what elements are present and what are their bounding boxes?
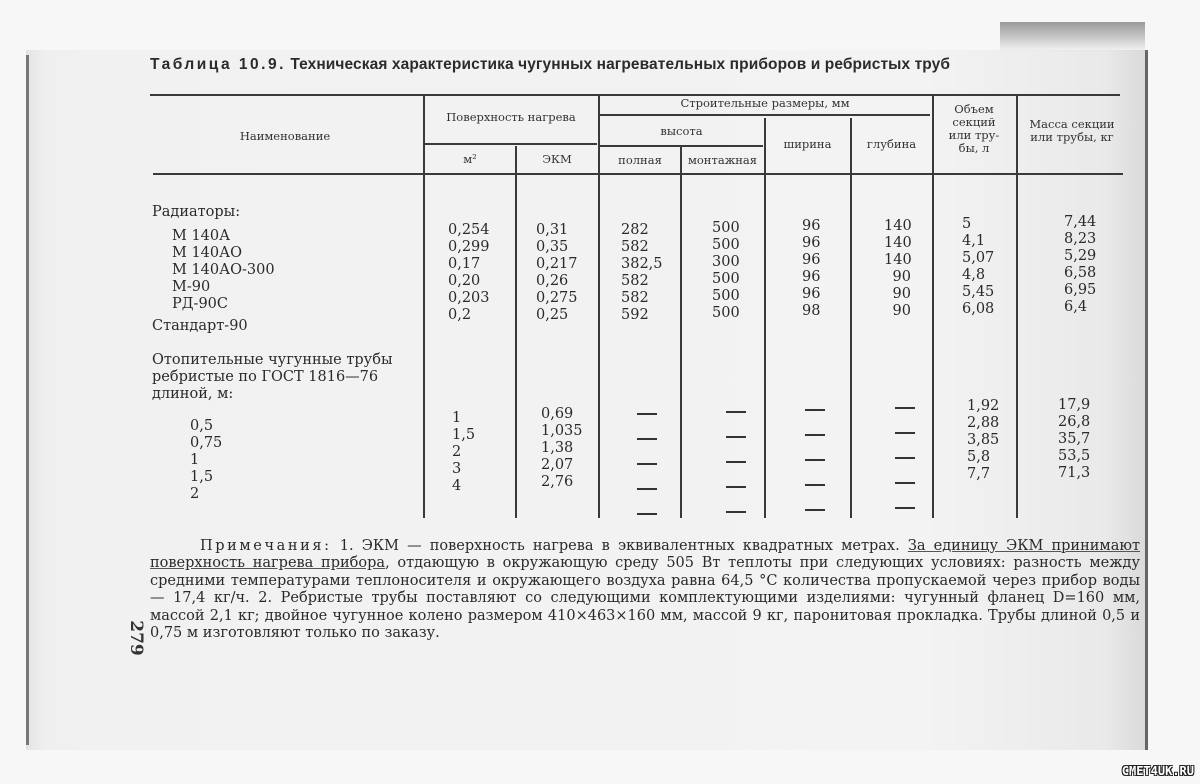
column-height-mount: 500 500 300 500 500 500 (712, 220, 740, 322)
dash-empty-value (637, 438, 657, 440)
cell-mass: 35,7 (1058, 431, 1090, 448)
row-name: М 140АО (172, 245, 275, 262)
cell-m2: 2 (452, 444, 475, 461)
cell-height-full: 582 (621, 239, 663, 256)
dash-empty-value (895, 507, 915, 509)
column-mass: 17,9 26,8 35,7 53,5 71,3 (1058, 397, 1090, 482)
cell-volume: 2,88 (967, 415, 999, 432)
cell-volume: 7,7 (967, 466, 999, 483)
dash-empty-value (726, 411, 746, 413)
dash-empty-value (805, 409, 825, 411)
dash-empty-value (805, 434, 825, 436)
column-width: 96 96 96 96 96 98 (802, 218, 820, 320)
dash-empty-value (895, 432, 915, 434)
cell-height-full: 582 (621, 273, 663, 290)
dash-empty-value (637, 488, 657, 490)
cell-mass: 7,44 (1064, 214, 1096, 231)
cell-ekm: 0,69 (541, 406, 583, 423)
cell-mass: 8,23 (1064, 231, 1096, 248)
dash-empty-value (805, 484, 825, 486)
scan-shadow (1000, 22, 1145, 52)
row-name: М 140А (172, 228, 275, 245)
cell-ekm: 0,275 (536, 290, 578, 307)
page-edge (26, 55, 29, 745)
cell-ekm: 2,07 (541, 457, 583, 474)
col-divider (680, 146, 682, 518)
column-m2: 1 1,5 2 3 4 (452, 410, 475, 495)
cell-volume: 5,45 (962, 284, 994, 301)
column-ekm: 0,69 1,035 1,38 2,07 2,76 (541, 406, 583, 491)
header-volume: Объем секций или тру-бы, л (943, 103, 1005, 155)
cell-mass: 5,29 (1064, 248, 1096, 265)
notes-label: Примечания: (200, 538, 332, 554)
col-divider (932, 95, 934, 518)
cell-width: 96 (802, 252, 820, 269)
cell-width: 96 (802, 286, 820, 303)
cell-mass: 6,58 (1064, 265, 1096, 282)
header-height-full: полная (600, 154, 680, 167)
cell-depth: 90 (884, 269, 911, 286)
cell-depth: 140 (884, 218, 911, 235)
page-number: 279 (126, 620, 146, 656)
group-title-line: ребристые по ГОСТ 1816—76 (152, 369, 417, 386)
dash-empty-value (805, 509, 825, 511)
cell-volume: 1,92 (967, 398, 999, 415)
cell-ekm: 0,25 (536, 307, 578, 324)
cell-volume: 5,07 (962, 250, 994, 267)
cell-m2: 1 (452, 410, 475, 427)
cell-ekm: 2,76 (541, 474, 583, 491)
col-divider (1016, 95, 1018, 518)
cell-height-mount: 500 (712, 288, 740, 305)
cell-m2: 0,17 (448, 256, 490, 273)
row-name: 1 (190, 452, 222, 469)
header-mass: Масса секции или трубы, кг (1018, 118, 1126, 144)
column-volume: 5 4,1 5,07 4,8 5,45 6,08 (962, 216, 994, 318)
column-name: 0,5 0,75 1 1,5 2 (190, 418, 222, 503)
group-title-radiators: Радиаторы: (152, 204, 240, 221)
dash-empty-value (895, 407, 915, 409)
cell-volume: 4,1 (962, 233, 994, 250)
dash-empty-value (805, 459, 825, 461)
column-depth (895, 399, 915, 524)
table-title: Техническая характеристика чугунных нагр… (290, 56, 950, 73)
group-title-line: Отопительные чугунные трубы (152, 352, 417, 369)
dash-empty-value (637, 513, 657, 515)
header-height: высота (600, 125, 763, 138)
cell-height-mount: 300 (712, 254, 740, 271)
dash-empty-value (637, 413, 657, 415)
dash-empty-value (895, 457, 915, 459)
cell-height-mount: 500 (712, 271, 740, 288)
row-name: 2 (190, 486, 222, 503)
col-divider (850, 118, 852, 518)
cell-ekm: 0,217 (536, 256, 578, 273)
column-m2: 0,254 0,299 0,17 0,20 0,203 0,2 (448, 222, 490, 324)
cell-height-full: 382,5 (621, 256, 663, 273)
row-name: Стандарт-90 (152, 318, 248, 335)
cell-mass: 6,4 (1064, 299, 1096, 316)
cell-m2: 0,2 (448, 307, 490, 324)
header-surface: Поверхность нагрева (425, 111, 597, 124)
header-surface-ekm: ЭКМ (516, 153, 598, 166)
row-name: 0,5 (190, 418, 222, 435)
cell-depth: 140 (884, 252, 911, 269)
row-name: РД-90С (172, 296, 275, 313)
cell-ekm: 0,26 (536, 273, 578, 290)
header-bottom-rule (153, 173, 1123, 175)
row-name: 1,5 (190, 469, 222, 486)
cell-depth: 140 (884, 235, 911, 252)
cell-height-mount: 500 (712, 220, 740, 237)
dash-empty-value (726, 511, 746, 513)
cell-depth: 90 (884, 286, 911, 303)
cell-mass: 53,5 (1058, 448, 1090, 465)
column-name: М 140А М 140АО М 140АО-300 М-90 РД-90С (172, 228, 275, 313)
notes-text-1: 1. ЭКМ — поверхность нагрева в эквивален… (332, 538, 908, 554)
cell-width: 98 (802, 303, 820, 320)
dash-empty-value (895, 482, 915, 484)
header-surface-m2: м² (425, 153, 515, 166)
dash-empty-value (726, 461, 746, 463)
cell-m2: 0,20 (448, 273, 490, 290)
row-name: 0,75 (190, 435, 222, 452)
cell-width: 96 (802, 235, 820, 252)
group-title-line: длиной, м: (152, 386, 417, 403)
cell-mass: 71,3 (1058, 465, 1090, 482)
col-divider (764, 118, 766, 518)
height-sub-rule (600, 145, 763, 147)
header-height-mount: монтажная (681, 154, 764, 167)
group-title-pipes: Отопительные чугунные трубы ребристые по… (152, 352, 417, 403)
cell-volume: 5,8 (967, 449, 999, 466)
site-watermark: СМЕТ4UK.RU (1122, 764, 1194, 778)
cell-volume: 6,08 (962, 301, 994, 318)
header-depth: глубина (851, 138, 932, 151)
cell-mass: 26,8 (1058, 414, 1090, 431)
column-height-full: 282 582 382,5 582 582 592 (621, 222, 663, 324)
header-name: Наименование (150, 130, 420, 143)
cell-m2: 0,203 (448, 290, 490, 307)
table-notes: Примечания: 1. ЭКМ — поверхность нагрева… (150, 538, 1140, 642)
table-number: Таблица 10.9. (150, 56, 286, 73)
dash-empty-value (637, 463, 657, 465)
dash-empty-value (726, 486, 746, 488)
cell-ekm: 1,38 (541, 440, 583, 457)
cell-height-full: 592 (621, 307, 663, 324)
cell-volume: 5 (962, 216, 994, 233)
cell-ekm: 0,31 (536, 222, 578, 239)
cell-width: 96 (802, 218, 820, 235)
cell-mass: 17,9 (1058, 397, 1090, 414)
cell-ekm: 0,35 (536, 239, 578, 256)
cell-m2: 0,299 (448, 239, 490, 256)
cell-ekm: 1,035 (541, 423, 583, 440)
header-width: ширина (765, 138, 850, 151)
cell-depth: 90 (884, 303, 911, 320)
row-name: М 140АО-300 (172, 262, 275, 279)
cell-height-mount: 500 (712, 237, 740, 254)
dash-empty-value (726, 436, 746, 438)
table-top-rule (150, 94, 1120, 96)
column-width (805, 401, 825, 526)
cell-height-full: 282 (621, 222, 663, 239)
cell-width: 96 (802, 269, 820, 286)
cell-height-full: 582 (621, 290, 663, 307)
dimensions-sub-rule (600, 114, 930, 116)
cell-height-mount: 500 (712, 305, 740, 322)
column-depth: 140 140 140 90 90 90 (884, 218, 911, 320)
col-divider (515, 146, 517, 518)
cell-volume: 3,85 (967, 432, 999, 449)
column-height-full (637, 405, 657, 530)
column-mass: 7,44 8,23 5,29 6,58 6,95 6,4 (1064, 214, 1096, 316)
header-dimensions: Строительные размеры, мм (600, 97, 930, 110)
column-height-mount (726, 403, 746, 528)
cell-m2: 3 (452, 461, 475, 478)
column-volume: 1,92 2,88 3,85 5,8 7,7 (967, 398, 999, 483)
cell-volume: 4,8 (962, 267, 994, 284)
cell-m2: 0,254 (448, 222, 490, 239)
column-ekm: 0,31 0,35 0,217 0,26 0,275 0,25 (536, 222, 578, 324)
row-name: М-90 (172, 279, 275, 296)
cell-mass: 6,95 (1064, 282, 1096, 299)
table-caption: Таблица 10.9. Техническая характеристика… (150, 56, 950, 74)
surface-sub-rule (425, 143, 597, 145)
cell-m2: 4 (452, 478, 475, 495)
cell-m2: 1,5 (452, 427, 475, 444)
